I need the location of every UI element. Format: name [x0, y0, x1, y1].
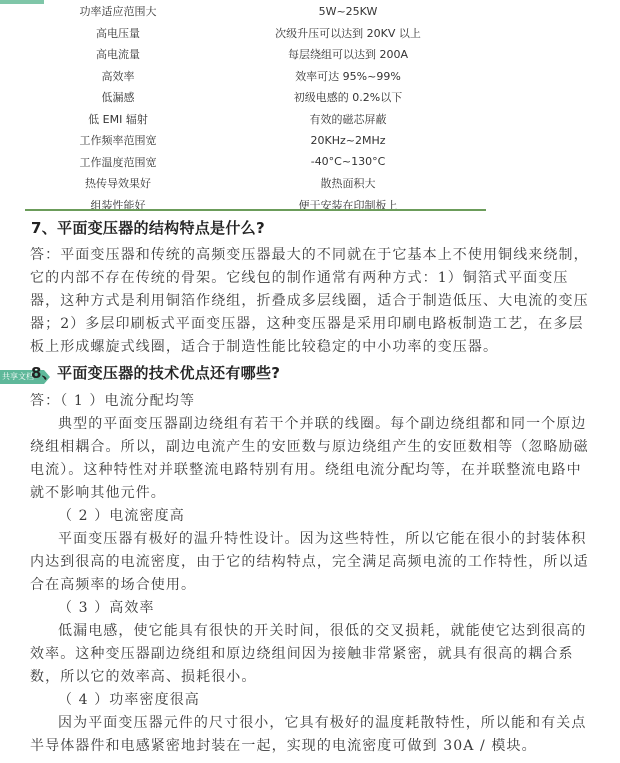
item-2-text: 平面变压器有极好的温升特性设计。因为这些特性，所以它能在很小的封装体积内达到很高…: [30, 528, 595, 597]
detail-cell: 次级升压可以达到 20KV 以上: [209, 25, 487, 41]
item-3-text: 低漏电感，使它能具有很快的开关时间，很低的交叉损耗，就能使它达到很高的效率。这种…: [30, 620, 595, 689]
feature-cell: 工作温度范围宽: [27, 154, 209, 170]
table-row: 高效率效率可达 95%~99%: [27, 65, 487, 87]
feature-cell: 低 EMI 辐射: [27, 111, 209, 127]
table-row: 高电流量每层绕组可以达到 200A: [27, 44, 487, 66]
table-bottom-rule: [25, 209, 486, 211]
item-1-text: 典型的平面变压器副边绕组有若干个并联的线圈。每个副边绕组都和同一个原边绕组相耦合…: [30, 413, 595, 505]
item-1-title: 答：（ 1 ）电流分配均等: [30, 393, 195, 409]
table-row: 组装性能好便于安装在印制板上: [27, 194, 487, 216]
section-7-heading: 7、平面变压器的结构特点是什么?: [31, 217, 265, 238]
feature-cell: 功率适应范围大: [27, 3, 209, 19]
feature-cell: 高效率: [27, 68, 209, 84]
feature-cell: 工作频率范围宽: [27, 132, 209, 148]
detail-cell: 效率可达 95%~99%: [209, 68, 487, 84]
section-8-answer: 答：（ 1 ）电流分配均等 典型的平面变压器副边绕组有若干个并联的线圈。每个副边…: [30, 390, 595, 758]
feature-cell: 高电压量: [27, 25, 209, 41]
section-7-answer: 答：平面变压器和传统的高频变压器最大的不同就在于它基本上不使用铜线来绕制，它的内…: [30, 244, 595, 359]
detail-cell: -40°C~130°C: [209, 155, 487, 168]
detail-cell: 20KHz~2MHz: [209, 134, 487, 147]
feature-cell: 热传导效果好: [27, 175, 209, 191]
section-8-heading: 8、平面变压器的技术优点还有哪些?: [31, 362, 280, 383]
table-row: 功率适应范围大5W~25KW: [27, 0, 487, 22]
item-3-title: （ 3 ）高效率: [30, 597, 595, 620]
feature-cell: 低漏感: [27, 89, 209, 105]
item-4-text: 因为平面变压器元件的尺寸很小，它具有极好的温度耗散特性，所以能和有关点半导体器件…: [30, 712, 595, 758]
table-row: 工作频率范围宽20KHz~2MHz: [27, 130, 487, 152]
detail-cell: 散热面积大: [209, 175, 487, 191]
detail-cell: 有效的磁芯屏蔽: [209, 111, 487, 127]
table-row: 高电压量次级升压可以达到 20KV 以上: [27, 22, 487, 44]
item-2-title: （ 2 ）电流密度高: [30, 505, 595, 528]
table-row: 工作温度范围宽-40°C~130°C: [27, 151, 487, 173]
detail-cell: 5W~25KW: [209, 5, 487, 18]
detail-cell: 每层绕组可以达到 200A: [209, 46, 487, 62]
answer-label: 答：（ 1 ）电流分配均等: [30, 390, 595, 413]
section-7-answer-text: 答：平面变压器和传统的高频变压器最大的不同就在于它基本上不使用铜线来绕制，它的内…: [30, 244, 595, 359]
item-4-title: （ 4 ）功率密度很高: [30, 689, 595, 712]
table-row: 低 EMI 辐射有效的磁芯屏蔽: [27, 108, 487, 130]
table-row: 热传导效果好散热面积大: [27, 173, 487, 195]
spec-table: 功率适应范围大5W~25KW 高电压量次级升压可以达到 20KV 以上 高电流量…: [27, 0, 487, 216]
table-row: 低漏感初级电感的 0.2%以下: [27, 87, 487, 109]
feature-cell: 高电流量: [27, 46, 209, 62]
detail-cell: 初级电感的 0.2%以下: [209, 89, 487, 105]
